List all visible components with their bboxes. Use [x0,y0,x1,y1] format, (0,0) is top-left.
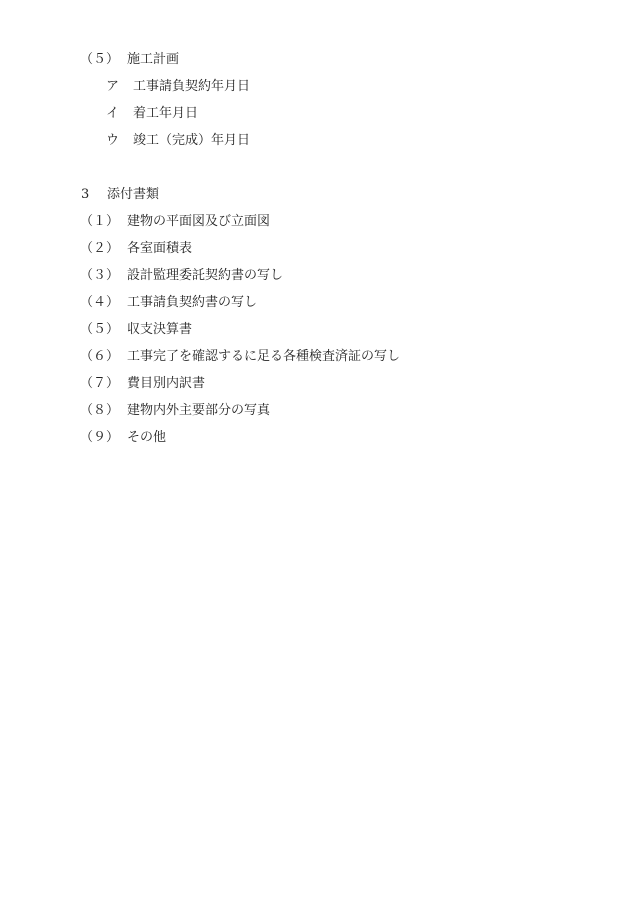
section-number: 3 [81,186,89,204]
section-number: （５） [80,51,119,69]
item-marker: （７） [80,375,119,393]
item-marker: （５） [80,321,119,339]
item-text: 収支決算書 [127,321,192,339]
item-marker: （２） [80,240,119,258]
item-text: その他 [127,429,166,447]
item-marker: （４） [80,294,119,312]
item-text: 設計監理委託契約書の写し [127,267,283,285]
item-marker: （８） [80,402,119,420]
item-text: 各室面積表 [127,240,192,258]
item-marker: （６） [80,348,119,366]
item-text: 工事請負契約年月日 [133,78,250,96]
section-title: 添付書類 [107,186,159,204]
item-text: 工事完了を確認するに足る各種検査済証の写し [127,348,400,366]
section-title: 施工計画 [127,51,179,69]
item-text: 着工年月日 [133,105,198,123]
item-marker: ア [106,78,119,96]
item-marker: （９） [80,429,119,447]
item-text: 建物内外主要部分の写真 [127,402,270,420]
item-marker: イ [106,105,119,123]
item-text: 建物の平面図及び立面図 [127,213,270,231]
item-text: 竣工（完成）年月日 [133,132,250,150]
item-text: 費目別内訳書 [127,375,205,393]
item-marker: （３） [80,267,119,285]
item-marker: （１） [80,213,119,231]
item-text: 工事請負契約書の写し [127,294,257,312]
item-marker: ウ [106,132,119,150]
